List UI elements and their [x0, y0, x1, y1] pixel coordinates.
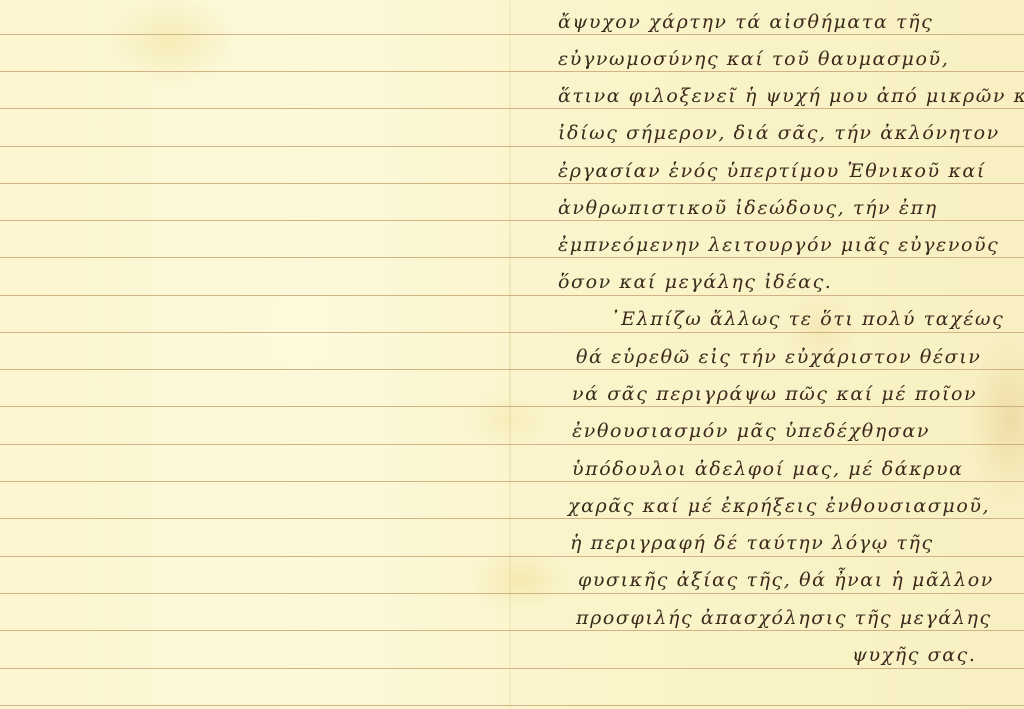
ruled-line	[0, 108, 1024, 109]
text-line-2: εὐγνωμοσύνης καί τοῦ θαυμασμοῦ,	[558, 48, 949, 70]
text-line-4: ἰδίως σήμερον, διά σᾶς, τήν ἀκλόνητον	[558, 122, 1000, 144]
text-line-1: ἄψυχον χάρτην τά αἰσθήματα τῆς	[558, 11, 933, 33]
ruled-line	[0, 668, 1024, 669]
text-line-16: φυσικῆς ἀξίας τῆς, θά ἦναι ἡ μᾶλλον	[578, 569, 994, 591]
ruled-line	[0, 705, 1024, 706]
ruled-line	[0, 630, 1024, 631]
text-line-11: νά σᾶς περιγράψω πῶς καί μέ ποῖον	[572, 383, 977, 405]
ruled-line	[0, 593, 1024, 594]
text-line-15: ἡ περιγραφή δέ ταύτην λόγῳ τῆς	[570, 532, 934, 554]
text-line-5: ἐργασίαν ἑνός ὑπερτίμου Ἐθνικοῦ καί	[558, 160, 986, 182]
text-line-10: θά εὑρεθῶ εἰς τήν εὐχάριστον θέσιν	[576, 346, 981, 368]
ruled-line	[0, 220, 1024, 221]
text-line-12: ἐνθουσιασμόν μᾶς ὑπεδέχθησαν	[572, 420, 930, 442]
text-line-18-closing: ψυχῆς σας.	[852, 644, 977, 666]
text-line-14: χαρᾶς καί μέ ἐκρήξεις ἐνθουσιασμοῦ,	[568, 495, 990, 517]
ruled-line	[0, 257, 1024, 258]
ruled-line	[0, 556, 1024, 557]
paper-fold-crease	[509, 0, 511, 709]
ruled-line	[0, 518, 1024, 519]
ruled-line	[0, 146, 1024, 147]
text-line-9-paragraph-start: ᾿Ελπίζω ἄλλως τε ὅτι πολύ ταχέως	[610, 308, 1004, 330]
text-line-17: προσφιλής ἀπασχόλησις τῆς μεγάλης	[576, 607, 992, 629]
text-line-8: ὅσον καί μεγάλης ἰδέας.	[558, 271, 832, 293]
text-line-13: ὑπόδουλοι ἀδελφοί μας, μέ δάκρυα	[572, 458, 964, 480]
ruled-line	[0, 71, 1024, 72]
ruled-line	[0, 481, 1024, 482]
ruled-line	[0, 444, 1024, 445]
ruled-line	[0, 369, 1024, 370]
ruled-line	[0, 332, 1024, 333]
ruled-line	[0, 183, 1024, 184]
text-line-6: ἀνθρωπιστικοῦ ἰδεώδους, τήν ἐπη	[558, 197, 938, 219]
ruled-line	[0, 406, 1024, 407]
ruled-line	[0, 295, 1024, 296]
text-line-7: ἐμπνεόμενην λειτουργόν μιᾶς εὐγενοῦς	[558, 234, 999, 256]
ruled-line	[0, 34, 1024, 35]
text-line-3: ἅτινα φιλοξενεῖ ἡ ψυχή μου ἀπό μικρῶν κα…	[558, 85, 1024, 107]
